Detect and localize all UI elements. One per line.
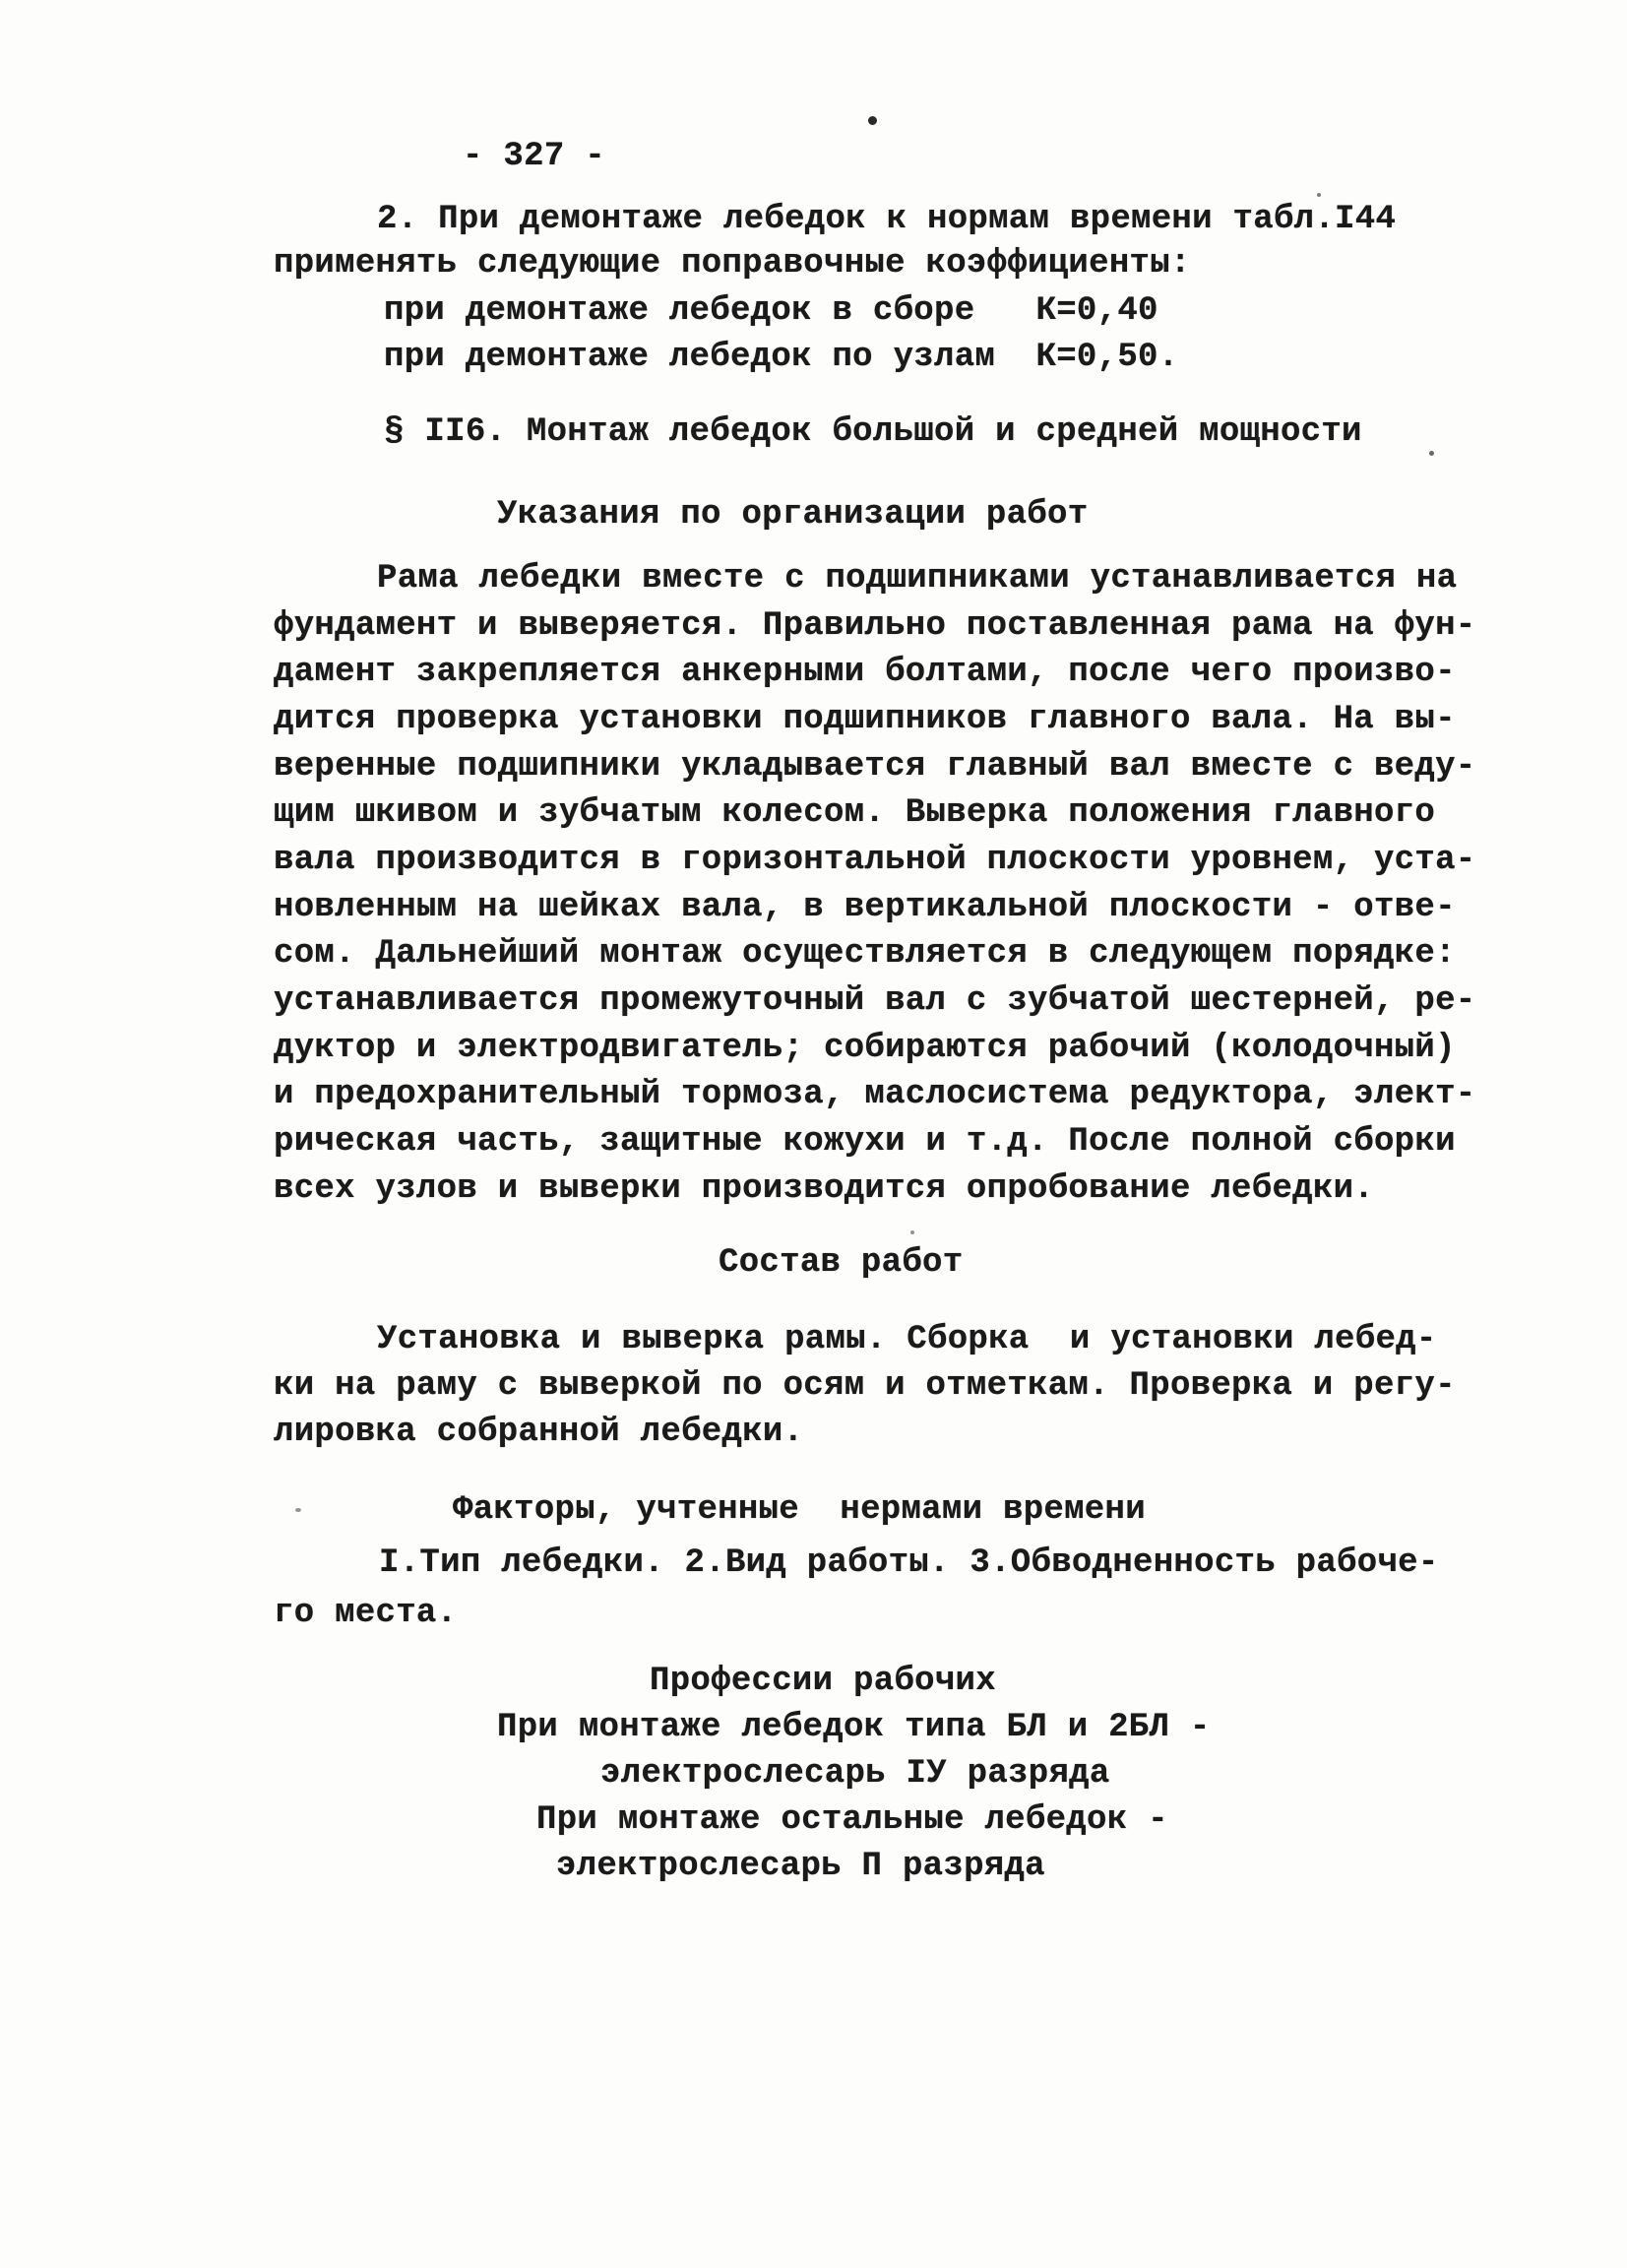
professions-line-4: электрослесарь П разряда bbox=[556, 1847, 1045, 1886]
org-line-7: вала производится в горизонтальной плоск… bbox=[274, 841, 1476, 880]
org-line-9: сом. Дальнейший монтаж осуществляется в … bbox=[274, 934, 1456, 974]
org-line-6: щим шкивом и зубчатым колесом. Выверка п… bbox=[274, 793, 1435, 833]
page-number: - 327 - bbox=[463, 137, 605, 176]
scan-speck-5 bbox=[910, 1230, 914, 1234]
org-line-3: дамент закрепляется анкерными болтами, п… bbox=[274, 653, 1456, 692]
professions-line-2: электрослесарь IУ разряда bbox=[600, 1754, 1110, 1794]
intro-line-3: при демонтаже лебедок в сборе К=0,40 bbox=[384, 291, 1158, 331]
section-heading: § II6. Монтаж лебедок большой и средней … bbox=[384, 412, 1362, 452]
scanned-document-page: - 327 - 2. При демонтаже лебедок к норма… bbox=[0, 0, 1627, 2268]
works-line-1: Установка и выверка рамы. Сборка и устан… bbox=[377, 1320, 1437, 1359]
factors-line-1: I.Тип лебедки. 2.Вид работы. 3.Обводненн… bbox=[379, 1543, 1439, 1583]
org-line-13: рическая часть, защитные кожухи и т.д. П… bbox=[274, 1122, 1456, 1162]
org-line-12: и предохранительный тормоза, маслосистем… bbox=[274, 1075, 1476, 1114]
org-line-8: новленным на шейках вала, в вертикальной… bbox=[274, 888, 1456, 927]
factors-line-2: го места. bbox=[274, 1594, 457, 1633]
works-subheading: Состав работ bbox=[719, 1243, 963, 1283]
factors-subheading: Факторы, учтенные нермами времени bbox=[453, 1490, 1146, 1530]
professions-line-3: При монтаже остальные лебедок - bbox=[536, 1800, 1168, 1840]
professions-line-1: При монтаже лебедок типа БЛ и 2БЛ - bbox=[497, 1708, 1211, 1747]
org-line-10: устанавливается промежуточный вал с зубч… bbox=[274, 981, 1476, 1021]
works-line-2: ки на раму с выверкой по осям и отметкам… bbox=[274, 1366, 1456, 1406]
scan-speck-1 bbox=[868, 116, 877, 125]
professions-subheading: Профессии рабочих bbox=[650, 1662, 996, 1701]
scan-speck-4 bbox=[295, 1508, 301, 1512]
org-subheading: Указания по организации работ bbox=[497, 495, 1088, 535]
scan-speck-2 bbox=[1317, 193, 1321, 197]
intro-line-4: при демонтаже лебедок по узлам К=0,50. bbox=[384, 338, 1178, 377]
org-line-14: всех узлов и выверки производится опробо… bbox=[274, 1169, 1374, 1209]
org-line-11: дуктор и электродвигатель; собираются ра… bbox=[274, 1029, 1456, 1068]
org-line-2: фундамент и выверяется. Правильно постав… bbox=[274, 606, 1476, 646]
org-line-1: Рама лебедки вместе с подшипниками устан… bbox=[377, 559, 1457, 598]
intro-line-2: применять следующие поправочные коэффици… bbox=[274, 244, 1191, 283]
intro-line-1: 2. При демонтаже лебедок к нормам времен… bbox=[377, 200, 1396, 239]
org-line-5: веренные подшипники укладывается главный… bbox=[274, 747, 1476, 787]
works-line-3: лировка собранной лебедки. bbox=[274, 1413, 803, 1452]
org-line-4: дится проверка установки подшипников гла… bbox=[274, 700, 1456, 739]
scan-speck-3 bbox=[1429, 451, 1434, 456]
